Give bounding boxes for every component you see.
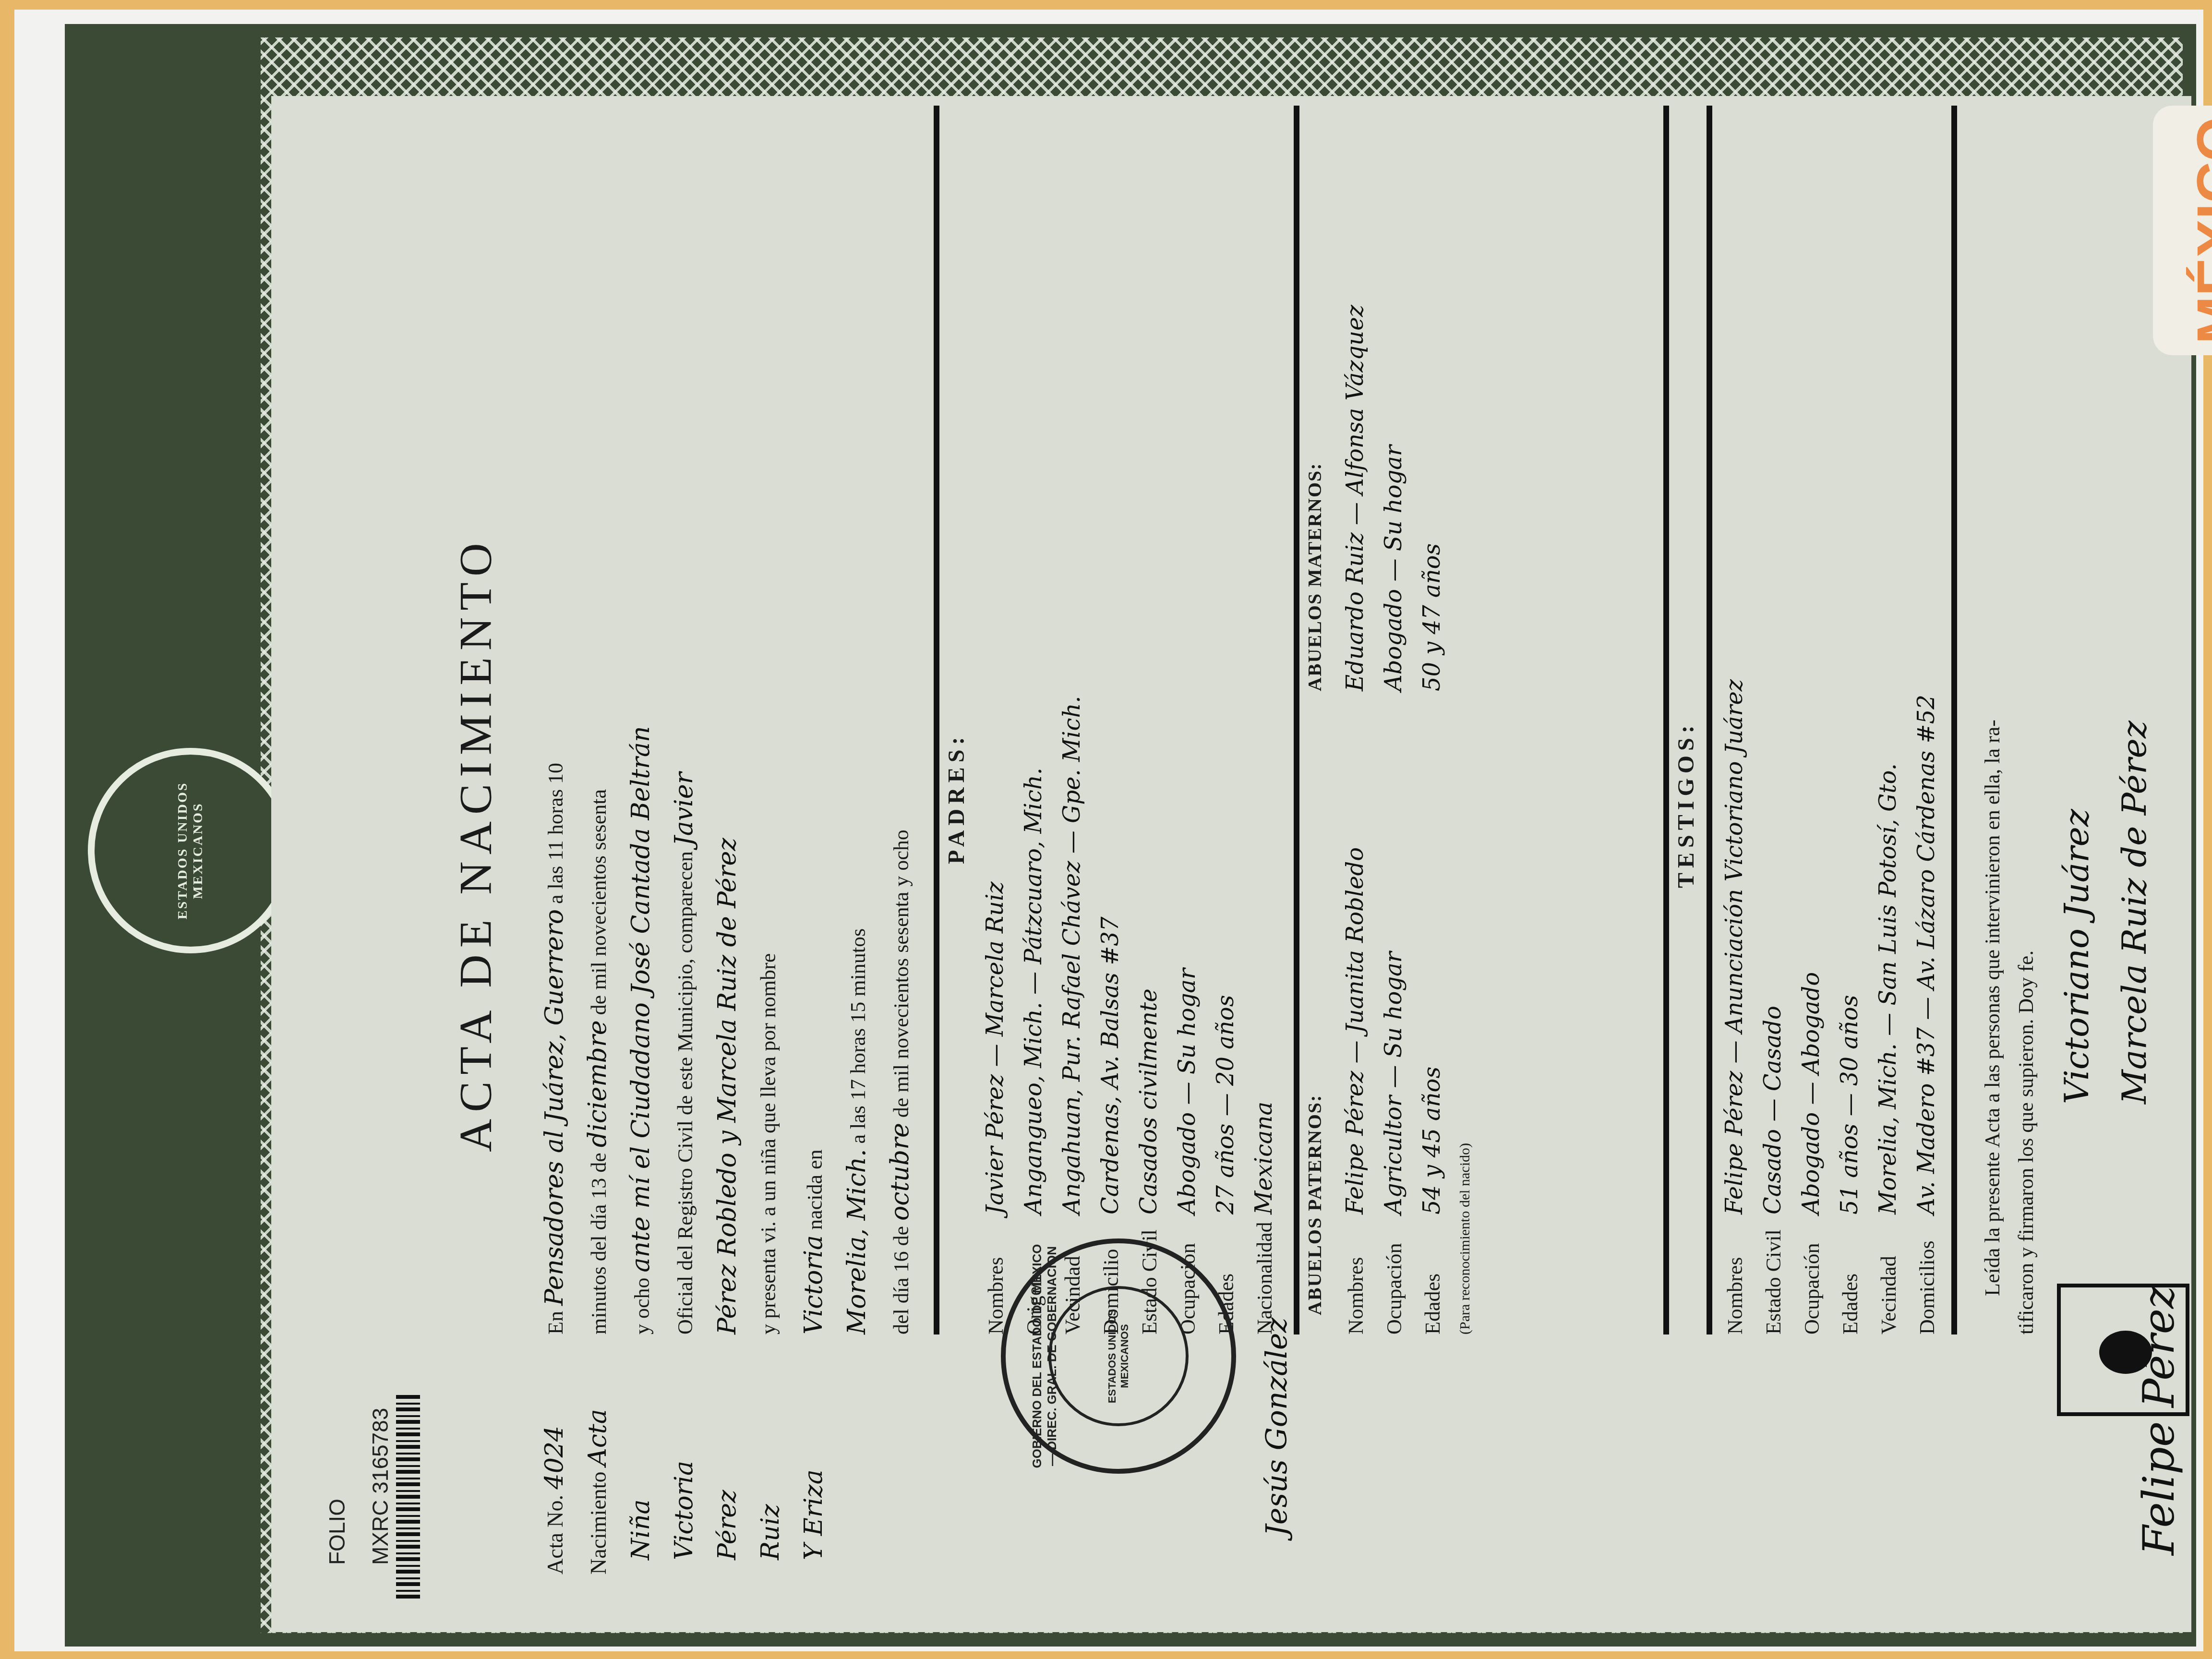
padres-row: NacionalidadMexicana [1250, 1102, 1277, 1334]
abuelos-maternos-row: Eduardo Ruiz — Alfonsa Vázquez [1342, 305, 1369, 691]
signature: Felipe Pérez [2134, 1286, 2184, 1555]
intro-line: del día 16 de octubre de mil novecientos… [886, 106, 914, 1334]
margin-line: Niña [626, 1499, 655, 1560]
seal-emblem-icon: ESTADOS UNIDOS MEXICANOS [1048, 1286, 1189, 1426]
abuelos-maternos-heading: ABUELOS MATERNOS: [1303, 462, 1326, 691]
document-title: ACTA DE NACIMIENTO [449, 537, 502, 1153]
padres-row: VecindadAngahuan, Pur. Rafael Chávez — G… [1058, 696, 1085, 1334]
divider [1294, 106, 1299, 1334]
testigos-row: DomiciliosAv. Madero #37 — Av. Lázaro Cá… [1913, 695, 1940, 1334]
intro-line: Pérez Robledo y Marcela Ruiz de Pérez [713, 106, 742, 1334]
testigos-row: OcupaciónAbogado — Abogado [1798, 972, 1825, 1334]
abuelos-maternos-row: Abogado — Su hogar [1380, 445, 1407, 691]
green-side-band: ESTADOS UNIDOS MEXICANOS [78, 37, 261, 1633]
testigos-row: VecindadMorelia, Mich. — San Luis Potosí… [1875, 763, 1901, 1334]
folio-label: FOLIO [324, 1499, 350, 1565]
margin-line: Ruiz [756, 1504, 785, 1560]
closing-text: tificaron y firmaron los que supieron. D… [2014, 950, 2038, 1334]
padres-row: NombresJavier Pérez — Marcela Ruiz [982, 881, 1009, 1334]
signature: Jesús González [1260, 1318, 1294, 1536]
closing-text: Leída la presente Acta a las personas qu… [1980, 720, 2005, 1296]
mexico-badge: MÉXICO [2153, 106, 2212, 355]
barcode-icon [396, 1392, 420, 1599]
testigos-row: Edades51 años — 30 años [1836, 995, 1863, 1334]
intro-line: y presenta vi. a un niña que lleva por n… [756, 106, 781, 1334]
acta-no: Acta No. 4024 [540, 1426, 569, 1575]
intro-line: y ocho ante mí el Ciudadano José Cantada… [626, 106, 655, 1334]
signature: Victoriano Juárez [2057, 809, 2096, 1104]
abuelos-paternos-row: OcupaciónAgricultor — Su hogar [1380, 951, 1407, 1334]
nacimiento-label: Nacimiento Acta [583, 1409, 612, 1575]
padres-row: Edades27 años — 20 años [1212, 995, 1239, 1334]
margin-line: Victoria [670, 1461, 698, 1560]
intro-line: En Pensadores al Juárez, Guerrero a las … [540, 106, 569, 1334]
acta-no-value: 4024 [540, 1426, 569, 1489]
divider [1951, 106, 1957, 1334]
intro-line: minutos del día 13 de diciembre de mil n… [583, 106, 612, 1334]
margin-line: Pérez [713, 1490, 742, 1560]
folio-number: MXRC 3165783 [367, 1408, 393, 1565]
birth-certificate: ESTADOS UNIDOS MEXICANOS FOLIO MXRC 3165… [65, 24, 2196, 1647]
divider [1707, 106, 1712, 1334]
abuelos-maternos-row: 50 y 47 años [1419, 543, 1445, 691]
intro-line: Morelia, Mich. a las 17 horas 15 minutos [842, 106, 871, 1334]
abuelos-paternos-row: NombresFelipe Pérez — Juanita Robledo [1342, 847, 1369, 1334]
intro-line: Victoria nacida en [799, 106, 828, 1334]
padres-heading: PADRES: [943, 733, 970, 864]
testigos-row: Estado CivilCasado — Casado [1759, 1006, 1786, 1334]
reconocimiento-note: (Para reconocimiento del nacido) [1457, 1143, 1473, 1334]
divider [1663, 106, 1669, 1334]
abuelos-paternos-row: Edades54 y 45 años [1419, 1067, 1445, 1334]
divider [934, 106, 939, 1334]
intro-line: Oficial del Registro Civil de este Munic… [670, 106, 698, 1334]
signature: Marcela Ruiz de Pérez [2115, 721, 2154, 1104]
margin-line: Y Eriza [799, 1469, 828, 1560]
testigos-heading: TESTIGOS: [1673, 721, 1699, 888]
national-emblem-icon: ESTADOS UNIDOS MEXICANOS [88, 748, 293, 953]
certificate-body: FOLIO MXRC 3165783 MÉXICO ACTA DE NACIMI… [271, 96, 2191, 1632]
official-seal: GOBIERNO DEL ESTADO DE MEXICO — DIREC. G… [1001, 1238, 1236, 1474]
abuelos-paternos-heading: ABUELOS PATERNOS: [1303, 1094, 1326, 1315]
testigos-row: NombresFelipe Pérez — Anunciación Victor… [1721, 679, 1748, 1334]
